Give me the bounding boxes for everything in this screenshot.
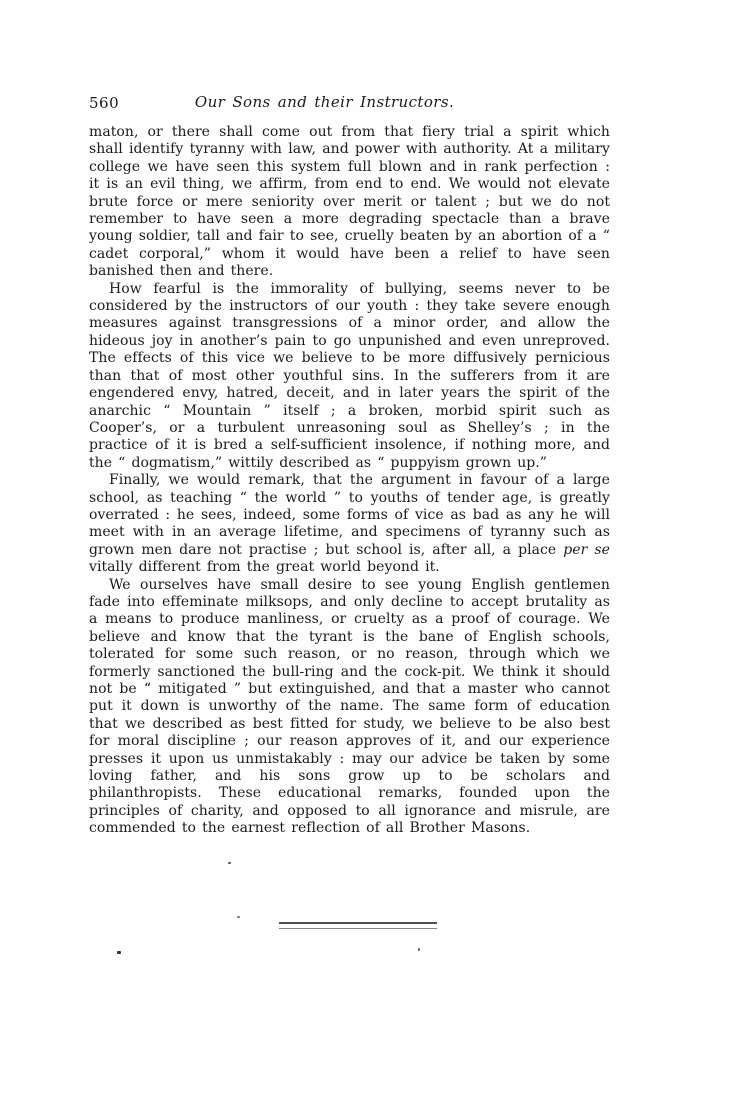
latin-phrase-italic: per se xyxy=(563,542,610,558)
scan-speck xyxy=(228,862,231,864)
scan-speck xyxy=(418,948,420,951)
running-title: Our Sons and their Instructors. xyxy=(64,93,585,111)
scanned-book-page: 560 Our Sons and their Instructors. mato… xyxy=(0,0,731,1106)
paragraph-3: Finally, we would remark, that the argum… xyxy=(89,472,610,576)
section-divider-rule xyxy=(279,922,437,929)
page-body-text: maton, or there shall come out from that… xyxy=(89,124,610,838)
scan-speck xyxy=(117,951,121,954)
paragraph-4: We ourselves have small desire to see yo… xyxy=(89,577,610,838)
scan-speck xyxy=(237,916,240,918)
paragraph-3-text: Finally, we would remark, that the argum… xyxy=(89,472,610,558)
paragraph-2: How fearful is the immorality of bullyin… xyxy=(89,281,610,472)
paragraph-1: maton, or there shall come out from that… xyxy=(89,124,610,281)
paragraph-3-text-continued: vitally different from the great world b… xyxy=(89,559,440,575)
page-header: 560 Our Sons and their Instructors. xyxy=(89,93,610,113)
